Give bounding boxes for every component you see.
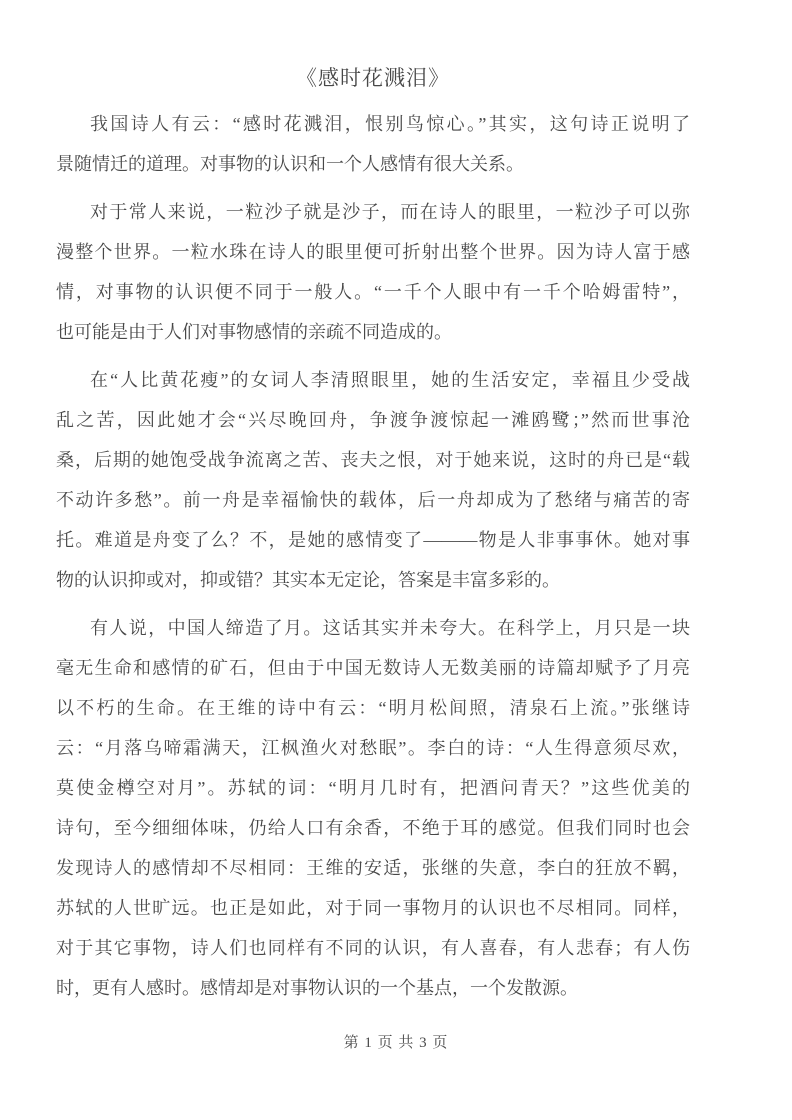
document-content: 《感时花溅泪》 我国诗人有云：“感时花溅泪，恨别鸟惊心。”其实，这句诗正说明了景… (56, 62, 690, 1008)
paragraph-line: 也可能是由于人们对事物感情的亲疏不同造成的。 (56, 312, 690, 352)
paragraph-line: 情，对事物的认识便不同于一般人。“一千个人眼中有一千个哈姆雷特”， (56, 272, 690, 312)
document-page: 《感时花溅泪》 我国诗人有云：“感时花溅泪，恨别鸟惊心。”其实，这句诗正说明了景… (0, 0, 792, 1120)
paragraph-line: 对于其它事物，诗人们也同样有不同的认识，有人喜春，有人悲春；有人伤 (56, 928, 690, 968)
paragraph-line: 在“人比黄花瘦”的女词人李清照眼里，她的生活安定，幸福且少受战 (56, 360, 690, 400)
page-number-footer: 第 1 页 共 3 页 (0, 1032, 792, 1054)
document-title: 《感时花溅泪》 (56, 62, 690, 94)
paragraph-line: 诗句，至今细细体味，仍给人口有余香，不绝于耳的感觉。但我们同时也会 (56, 808, 690, 848)
paragraph: 在“人比黄花瘦”的女词人李清照眼里，她的生活安定，幸福且少受战乱之苦，因此她才会… (56, 360, 690, 600)
paragraph-line: 景随情迁的道理。对事物的认识和一个人感情有很大关系。 (56, 144, 690, 184)
paragraph-line: 以不朽的生命。在王维的诗中有云：“明月松间照，清泉石上流。”张继诗 (56, 688, 690, 728)
paragraph-line: 桑，后期的她饱受战争流离之苦、丧夫之恨，对于她来说，这时的舟已是“载 (56, 440, 690, 480)
paragraph-line: 乱之苦，因此她才会“兴尽晚回舟，争渡争渡惊起一滩鸥鹭；”然而世事沧 (56, 400, 690, 440)
paragraph: 对于常人来说，一粒沙子就是沙子，而在诗人的眼里，一粒沙子可以弥漫整个世界。一粒水… (56, 192, 690, 352)
paragraph-line: 托。难道是舟变了么？不，是她的感情变了———物是人非事事休。她对事 (56, 520, 690, 560)
paragraph-line: 发现诗人的感情却不尽相同：王维的安适，张继的失意，李白的狂放不羁， (56, 848, 690, 888)
paragraph-line: 漫整个世界。一粒水珠在诗人的眼里便可折射出整个世界。因为诗人富于感 (56, 232, 690, 272)
document-paragraphs: 我国诗人有云：“感时花溅泪，恨别鸟惊心。”其实，这句诗正说明了景随情迁的道理。对… (56, 104, 690, 1008)
paragraph-line: 苏轼的人世旷远。也正是如此，对于同一事物月的认识也不尽相同。同样， (56, 888, 690, 928)
paragraph-line: 云：“月落乌啼霜满天，江枫渔火对愁眠”。李白的诗：“人生得意须尽欢， (56, 728, 690, 768)
paragraph-line: 有人说，中国人缔造了月。这话其实并未夸大。在科学上，月只是一块 (56, 608, 690, 648)
paragraph-line: 时，更有人感时。感情却是对事物认识的一个基点，一个发散源。 (56, 968, 690, 1008)
paragraph: 我国诗人有云：“感时花溅泪，恨别鸟惊心。”其实，这句诗正说明了景随情迁的道理。对… (56, 104, 690, 184)
paragraph-line: 物的认识抑或对，抑或错？其实本无定论，答案是丰富多彩的。 (56, 560, 690, 600)
paragraph-line: 莫使金樽空对月”。苏轼的词：“明月几时有，把酒问青天？”这些优美的 (56, 768, 690, 808)
paragraph-line: 毫无生命和感情的矿石，但由于中国无数诗人无数美丽的诗篇却赋予了月亮 (56, 648, 690, 688)
paragraph-line: 不动许多愁”。前一舟是幸福愉快的载体，后一舟却成为了愁绪与痛苦的寄 (56, 480, 690, 520)
paragraph-line: 对于常人来说，一粒沙子就是沙子，而在诗人的眼里，一粒沙子可以弥 (56, 192, 690, 232)
paragraph: 有人说，中国人缔造了月。这话其实并未夸大。在科学上，月只是一块毫无生命和感情的矿… (56, 608, 690, 1008)
paragraph-line: 我国诗人有云：“感时花溅泪，恨别鸟惊心。”其实，这句诗正说明了 (56, 104, 690, 144)
